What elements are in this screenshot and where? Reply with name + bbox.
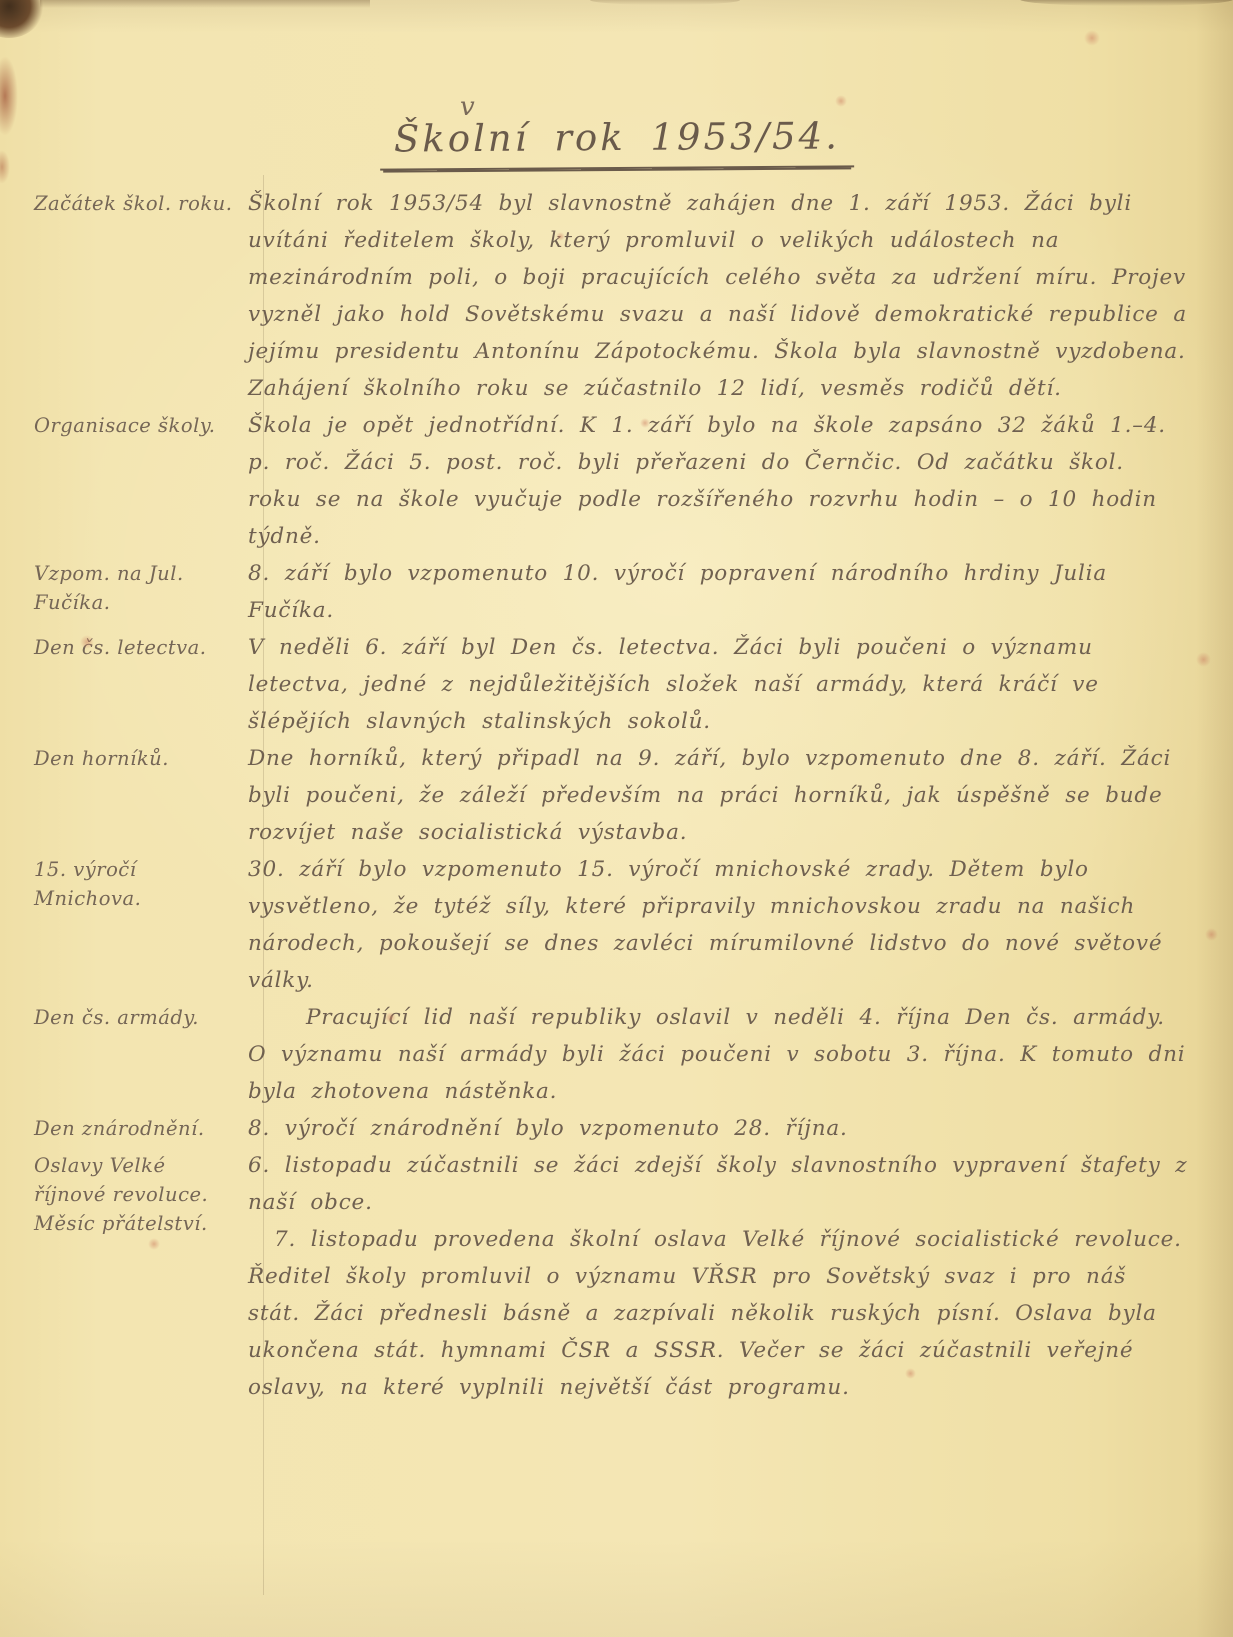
chronicle-paragraph: 8. září bylo vzpomenuto 10. výročí popra… xyxy=(248,555,1191,629)
chronicle-entry: 15. výročí Mnichova. 30. září bylo vzpom… xyxy=(0,851,1233,999)
chronicle-paragraph: V neděli 6. září byl Den čs. letectva. Ž… xyxy=(248,629,1191,740)
margin-note: Den čs. armády. xyxy=(0,999,248,1032)
chronicle-paragraph: Školní rok 1953/54 byl slavnostně zaháje… xyxy=(248,185,1191,407)
chronicle-paragraph: Škola je opět jednotřídní. K 1. září byl… xyxy=(248,407,1191,555)
margin-note: Začátek škol. roku. xyxy=(0,185,248,218)
chronicle-entry: Den čs. armády. Pracující lid naší repub… xyxy=(0,999,1233,1110)
chronicle-page: v Školní rok 1953/54. Začátek škol. roku… xyxy=(0,0,1233,1637)
chronicle-paragraph: 6. listopadu zúčastnili se žáci zdejší š… xyxy=(248,1147,1191,1221)
margin-note: Den čs. letectva. xyxy=(0,629,248,662)
margin-note: Den znárodnění. xyxy=(0,1110,248,1143)
chronicle-content: Začátek škol. roku. Školní rok 1953/54 b… xyxy=(0,185,1233,1406)
page-title: Školní rok 1953/54. xyxy=(379,114,853,170)
chronicle-entry: Organisace školy. Škola je opět jednotří… xyxy=(0,407,1233,555)
margin-note: Oslavy Velké říjnové revoluce. Měsíc přá… xyxy=(0,1147,248,1238)
margin-note: Organisace školy. xyxy=(0,407,248,440)
chronicle-paragraph: 8. výročí znárodnění bylo vzpomenuto 28.… xyxy=(248,1110,1191,1147)
chronicle-paragraph: 30. září bylo vzpomenuto 15. výročí mnic… xyxy=(248,851,1191,999)
chronicle-entry: Den horníků. Dne horníků, který připadl … xyxy=(0,740,1233,851)
chronicle-entry: Den znárodnění. 8. výročí znárodnění byl… xyxy=(0,1110,1233,1147)
chronicle-paragraph: 7. listopadu provedena školní oslava Vel… xyxy=(248,1221,1191,1406)
chronicle-entry: Vzpom. na Jul. Fučíka. 8. září bylo vzpo… xyxy=(0,555,1233,629)
chronicle-entry: Oslavy Velké říjnové revoluce. Měsíc přá… xyxy=(0,1147,1233,1406)
margin-note: 15. výročí Mnichova. xyxy=(0,851,248,913)
chronicle-paragraph: Pracující lid naší republiky oslavil v n… xyxy=(248,999,1191,1110)
margin-note: Den horníků. xyxy=(0,740,248,773)
chronicle-paragraph: Dne horníků, který připadl na 9. září, b… xyxy=(248,740,1191,851)
margin-note: Vzpom. na Jul. Fučíka. xyxy=(0,555,248,617)
chronicle-entry: Začátek škol. roku. Školní rok 1953/54 b… xyxy=(0,185,1233,407)
chronicle-entry: Den čs. letectva. V neděli 6. září byl D… xyxy=(0,629,1233,740)
